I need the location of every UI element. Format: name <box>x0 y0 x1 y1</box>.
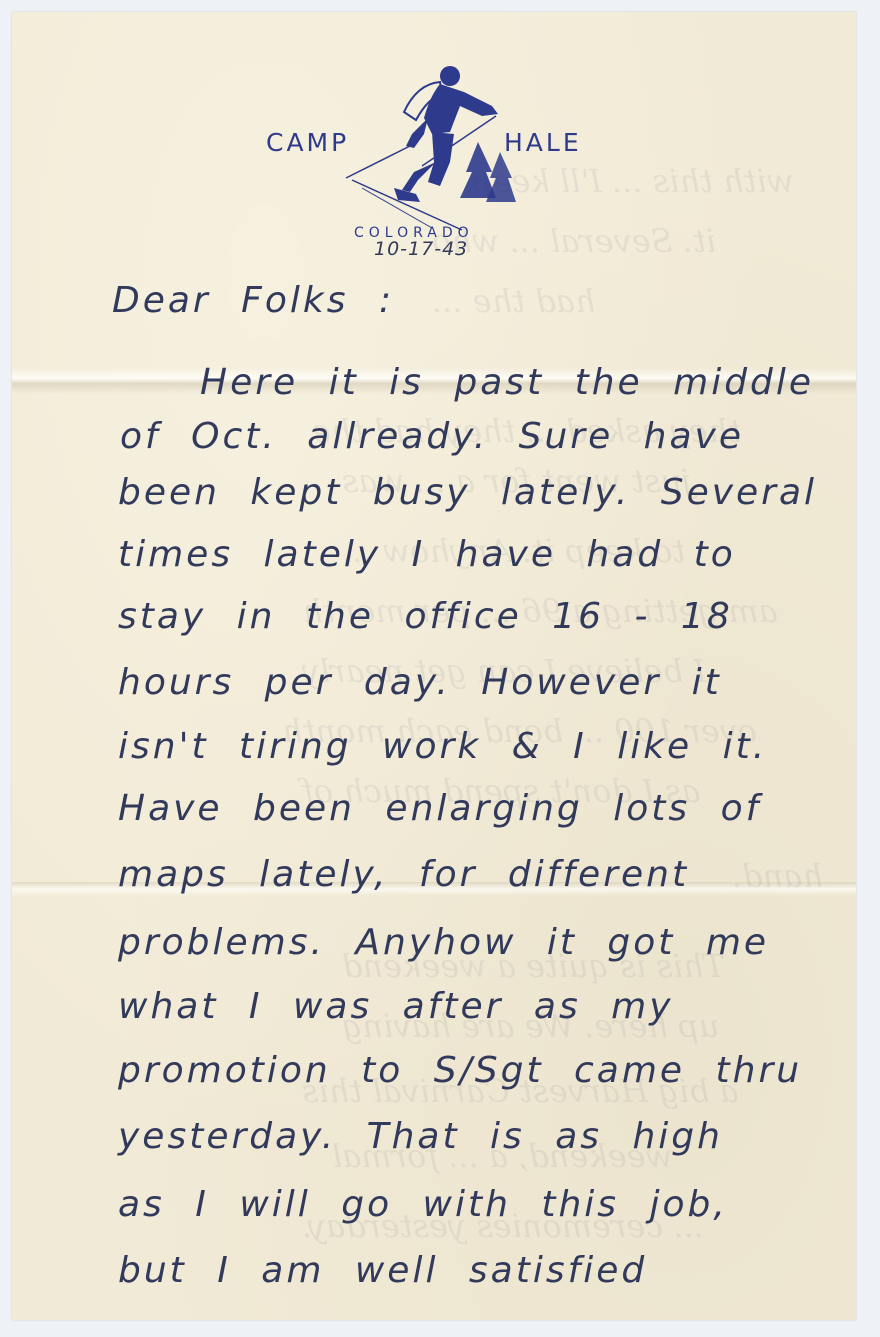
skier-icon <box>332 62 532 232</box>
letter-paper: with this ... I'll keep it. Several ... … <box>12 12 856 1320</box>
letter-line: hours per day. However it <box>118 662 722 703</box>
letter-line: times lately I have had to <box>118 534 736 575</box>
letter-line: Have been enlarging lots of <box>118 788 761 829</box>
letter-line: maps lately, for different <box>118 854 689 895</box>
letter-line: of Oct. allready. Sure have <box>120 416 744 457</box>
letter-line: Here it is past the middle <box>200 362 814 403</box>
letter-line: stay in the office 16 - 18 <box>118 596 733 637</box>
letter-line: promotion to S/Sgt came thru <box>118 1050 802 1091</box>
letter-line: been kept busy lately. Several <box>118 472 817 513</box>
letterhead: CAMP HALE <box>12 12 856 262</box>
letter-line: isn't tiring work & I like it. <box>118 726 767 767</box>
salutation: Dear Folks : <box>112 280 394 321</box>
bleed-through-text: had the ... <box>432 282 595 320</box>
bleed-through-text: hand. <box>732 857 823 895</box>
letter-line: yesterday. That is as high <box>118 1116 723 1157</box>
letter-line: as I will go with this job, <box>118 1184 728 1225</box>
letter-date: 10-17-43 <box>374 238 468 260</box>
letter-line: what I was after as my <box>118 986 674 1027</box>
letter-line: problems. Anyhow it got me <box>118 922 769 963</box>
letter-line: but I am well satisfied <box>118 1250 647 1291</box>
